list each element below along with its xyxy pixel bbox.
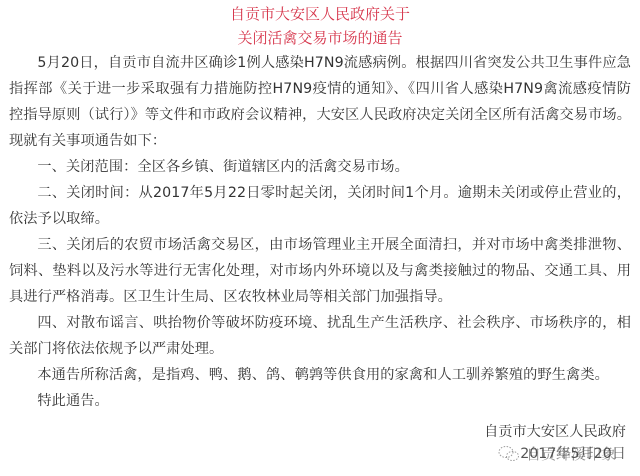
- paragraph-item-3: 三、关闭后的农贸市场活禽交易区，由市场管理业主开展全面清扫，并对市场中禽类排泄物…: [9, 232, 631, 310]
- watermark: 自贡绛溪印象: [498, 443, 616, 465]
- paragraph-item-1: 一、关闭范围：全区各乡镇、街道辖区内的活禽交易市场。: [9, 154, 631, 180]
- signature-block: 自贡市大安区人民政府 2017年5月20日 自贡绛溪印象: [484, 421, 626, 465]
- wechat-icon: [498, 445, 520, 463]
- notice-title-line2: 关闭活禽交易市场的通告: [0, 28, 640, 48]
- paragraph-item-2: 二、关闭时间：从2017年5月22日零时起关闭，关闭时间1个月。逾期未关闭或停止…: [9, 180, 631, 232]
- paragraph-intro: 5月20日，自贡市自流井区确诊1例人感染H7N9流感病例。根据四川省突发公共卫生…: [9, 50, 631, 154]
- paragraph-definition: 本通告所称活禽，是指鸡、鸭、鹅、鸽、鹌鹑等供食用的家禽和人工驯养繁殖的野生禽类。: [9, 362, 631, 388]
- paragraph-item-4: 四、对散布谣言、哄抬物价等破坏防疫环境、扰乱生产生活秩序、社会秩序、市场秩序的，…: [9, 310, 631, 362]
- notice-body: 5月20日，自贡市自流井区确诊1例人感染H7N9流感病例。根据四川省突发公共卫生…: [9, 50, 631, 414]
- issuer-signature: 自贡市大安区人民政府: [484, 421, 626, 443]
- paragraph-closing: 特此通告。: [9, 388, 631, 414]
- watermark-text: 自贡绛溪印象: [526, 443, 616, 465]
- notice-title-line1: 自贡市大安区人民政府关于: [0, 4, 640, 24]
